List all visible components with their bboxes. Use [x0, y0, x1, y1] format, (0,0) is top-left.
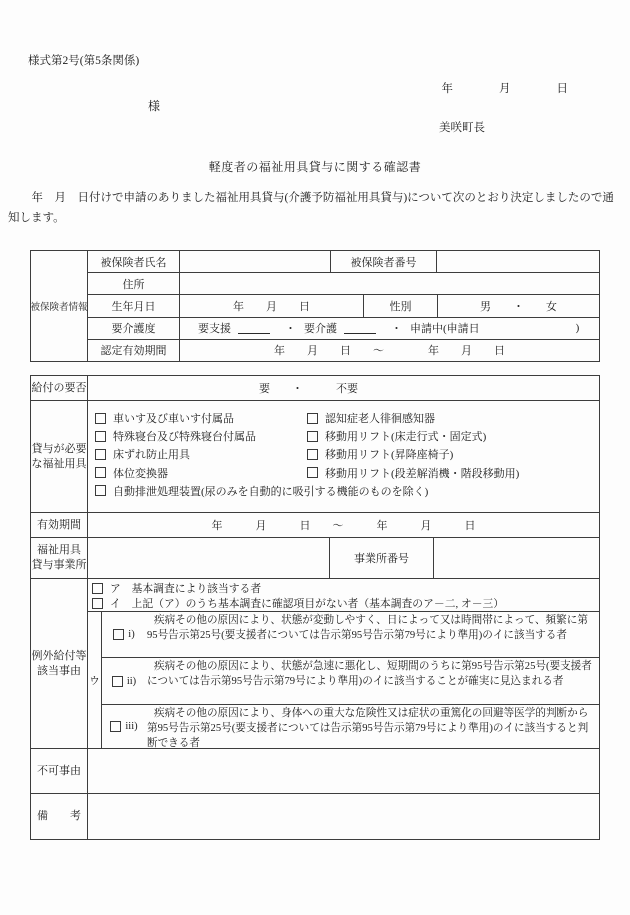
checkbox-icon[interactable] — [112, 676, 123, 687]
equipment-item-label: 床ずれ防止用具 — [113, 446, 190, 462]
valid-period-label: 有効期間 — [31, 513, 88, 537]
exception-ab-cell: ア 基本調査により該当する者 イ 上記（ア）のうち基本調査に確認項目がない者（基… — [88, 579, 599, 612]
insured-name-label: 被保険者氏名 — [88, 251, 180, 272]
checkbox-icon[interactable] — [110, 721, 121, 732]
care-nursing-label: 要介護 — [304, 320, 337, 336]
care-level-label: 要介護度 — [88, 318, 180, 339]
exception-item-i: イ 上記（ア）のうち基本調査に確認項目がない者（基本調査のア－二, オ－三） — [110, 596, 504, 611]
table-row: i) 疾病その他の原因により、状態が変動しやすく、日によって又は時間帯によって、… — [102, 612, 599, 658]
table-row: 貸与が必要 な福祉用具 車いす及び車いす付属品 認知症老人徘徊感知器 特殊寝台及… — [31, 401, 599, 513]
mayor-signature: 美咲町長 — [0, 119, 630, 135]
equipment-item-label: 移動用リフト(段差解消機・階段移動用) — [325, 465, 519, 481]
table-row: 不可事由 — [31, 749, 599, 794]
address-label: 住所 — [88, 273, 180, 294]
denial-label: 不可事由 — [31, 749, 88, 793]
checkbox-icon[interactable] — [307, 467, 318, 478]
exception-sub-table: ウ i) 疾病その他の原因により、状態が変動しやすく、日によって又は時間帯によっ… — [88, 612, 599, 748]
provider-label: 福祉用具 貸与事業所 — [31, 538, 88, 578]
table-row: 住所 — [88, 273, 599, 295]
exception-sub-checkbox: ii) — [102, 658, 146, 704]
exception-group-label: ウ — [88, 612, 102, 748]
benefit-label: 給付の要否 — [31, 376, 88, 400]
care-nursing-blank[interactable] — [344, 323, 376, 334]
care-level-field: 要支援 ・ 要介護 ・ 申請中(申請日 ) — [180, 318, 599, 339]
exception-sub-checkbox: iii) — [102, 705, 146, 748]
birthdate-label: 生年月日 — [88, 295, 180, 316]
address-field[interactable] — [180, 273, 599, 294]
sex-choice[interactable]: 男 ・ 女 — [438, 295, 599, 316]
care-support-label: 要支援 — [198, 320, 231, 336]
provider-name-field[interactable] — [88, 538, 330, 578]
sub-item-text: 疾病その他の原因により、身体への重大な危険性又は症状の重篤化の回避等医学的判断か… — [146, 705, 599, 748]
birthdate-field[interactable]: 年 月 日 — [180, 295, 364, 316]
addressee-suffix: 様 — [148, 97, 160, 114]
notice-paragraph: 年 月 日付けで申請のありました福祉用具貸与(介護予防福祉用具貸与)について次の… — [8, 189, 624, 228]
equipment-item-label: 車いす及び車いす付属品 — [113, 410, 234, 426]
list-item: 床ずれ防止用具 移動用リフト(昇降座椅子) — [95, 445, 595, 463]
care-pending-close: ) — [576, 322, 580, 334]
equipment-item-label: 自動排泄処理装置(尿のみを自動的に吸引する機能のものを除く) — [113, 483, 428, 499]
checkbox-icon[interactable] — [307, 413, 318, 424]
sub-item-number: iii) — [125, 721, 137, 732]
checkbox-icon[interactable] — [307, 449, 318, 460]
exception-content: ア 基本調査により該当する者 イ 上記（ア）のうち基本調査に確認項目がない者（基… — [88, 579, 599, 748]
checkbox-icon[interactable] — [92, 583, 103, 594]
table-row: 認定有効期間 年 月 日 ～ 年 月 日 — [88, 340, 599, 361]
table-row: iii) 疾病その他の原因により、身体への重大な危険性又は症状の重篤化の回避等医… — [102, 705, 599, 748]
checkbox-icon[interactable] — [95, 485, 106, 496]
equipment-list: 車いす及び車いす付属品 認知症老人徘徊感知器 特殊寝台及び特殊寝台付属品 移動用… — [88, 401, 599, 512]
sub-item-number: i) — [128, 629, 134, 640]
exception-sub-checkbox: i) — [102, 612, 146, 657]
table-row: 給付の要否 要 ・ 不要 — [31, 376, 599, 401]
document-page: 様式第2号(第5条関係) 年 月 日 様 美咲町長 軽度者の福祉用具貸与に関する… — [0, 0, 630, 915]
checkbox-icon[interactable] — [92, 598, 103, 609]
checkbox-icon[interactable] — [95, 413, 106, 424]
insured-number-label: 被保険者番号 — [331, 251, 437, 272]
care-support-blank[interactable] — [238, 323, 270, 334]
valid-period-field[interactable]: 年 月 日 ～ 年 月 日 — [88, 513, 599, 537]
exception-item-a: ア 基本調査により該当する者 — [110, 581, 261, 596]
table-row: 有効期間 年 月 日 ～ 年 月 日 — [31, 513, 599, 538]
denial-field[interactable] — [88, 749, 599, 793]
equipment-item-label: 特殊寝台及び特殊寝台付属品 — [113, 428, 256, 444]
equipment-item-label: 体位変換器 — [113, 465, 168, 481]
care-pending-date-blank[interactable] — [480, 323, 576, 334]
provider-number-label: 事業所番号 — [330, 538, 434, 578]
cert-period-field[interactable]: 年 月 日 ～ 年 月 日 — [180, 340, 599, 361]
insured-section-label: 被保険者情報 — [31, 251, 88, 361]
list-item: ア 基本調査により該当する者 — [92, 581, 599, 596]
date-line: 年 月 日 — [0, 80, 630, 96]
equipment-item-label: 移動用リフト(昇降座椅子) — [325, 446, 453, 462]
list-item: 自動排泄処理装置(尿のみを自動的に吸引する機能のものを除く) — [95, 482, 595, 500]
form-number: 様式第2号(第5条関係) — [28, 52, 139, 68]
list-item: 車いす及び車いす付属品 認知症老人徘徊感知器 — [95, 409, 595, 427]
separator-dot: ・ — [285, 320, 296, 336]
insured-info-table: 被保険者情報 被保険者氏名 被保険者番号 住所 生年月日 年 月 日 性別 男 … — [30, 250, 600, 362]
decision-table: 給付の要否 要 ・ 不要 貸与が必要 な福祉用具 車いす及び車いす付属品 認知症… — [30, 375, 600, 840]
care-pending-label: 申請中(申請日 — [410, 320, 480, 336]
table-row: 福祉用具 貸与事業所 事業所番号 — [31, 538, 599, 579]
table-row: 被保険者氏名 被保険者番号 — [88, 251, 599, 273]
list-item: 特殊寝台及び特殊寝台付属品 移動用リフト(床走行式・固定式) — [95, 427, 595, 445]
remarks-field[interactable] — [88, 794, 599, 839]
table-row: 例外給付等 該当事由 ア 基本調査により該当する者 イ 上記（ア）のうち基本調査… — [31, 579, 599, 749]
benefit-choice[interactable]: 要 ・ 不要 — [88, 376, 599, 400]
checkbox-icon[interactable] — [95, 467, 106, 478]
provider-number-field[interactable] — [434, 538, 599, 578]
sex-label: 性別 — [364, 295, 438, 316]
sub-item-text: 疾病その他の原因により、状態が急速に悪化し、短期間のうちに第95号告示第25号(… — [146, 658, 599, 704]
table-row: 要介護度 要支援 ・ 要介護 ・ 申請中(申請日 ) — [88, 318, 599, 340]
table-row: ii) 疾病その他の原因により、状態が急速に悪化し、短期間のうちに第95号告示第… — [102, 658, 599, 705]
separator-dot: ・ — [391, 320, 402, 336]
sub-item-text: 疾病その他の原因により、状態が変動しやすく、日によって又は時間帯によって、頻繁に… — [146, 612, 599, 657]
table-row: 備 考 — [31, 794, 599, 839]
checkbox-icon[interactable] — [113, 629, 124, 640]
cert-period-label: 認定有効期間 — [88, 340, 180, 361]
insured-name-field[interactable] — [180, 251, 331, 272]
checkbox-icon[interactable] — [95, 431, 106, 442]
exception-label: 例外給付等 該当事由 — [31, 579, 88, 748]
sub-item-number: ii) — [127, 676, 136, 687]
equipment-item-label: 移動用リフト(床走行式・固定式) — [325, 428, 486, 444]
document-title: 軽度者の福祉用具貸与に関する確認書 — [0, 158, 630, 175]
table-row: 生年月日 年 月 日 性別 男 ・ 女 — [88, 295, 599, 317]
equipment-label: 貸与が必要 な福祉用具 — [31, 401, 88, 512]
remarks-label: 備 考 — [31, 794, 88, 839]
checkbox-icon[interactable] — [307, 431, 318, 442]
list-item: イ 上記（ア）のうち基本調査に確認項目がない者（基本調査のア－二, オ－三） — [92, 596, 599, 611]
equipment-item-label: 認知症老人徘徊感知器 — [325, 410, 435, 426]
checkbox-icon[interactable] — [95, 449, 106, 460]
insured-number-field[interactable] — [437, 251, 599, 272]
list-item: 体位変換器 移動用リフト(段差解消機・階段移動用) — [95, 464, 595, 482]
